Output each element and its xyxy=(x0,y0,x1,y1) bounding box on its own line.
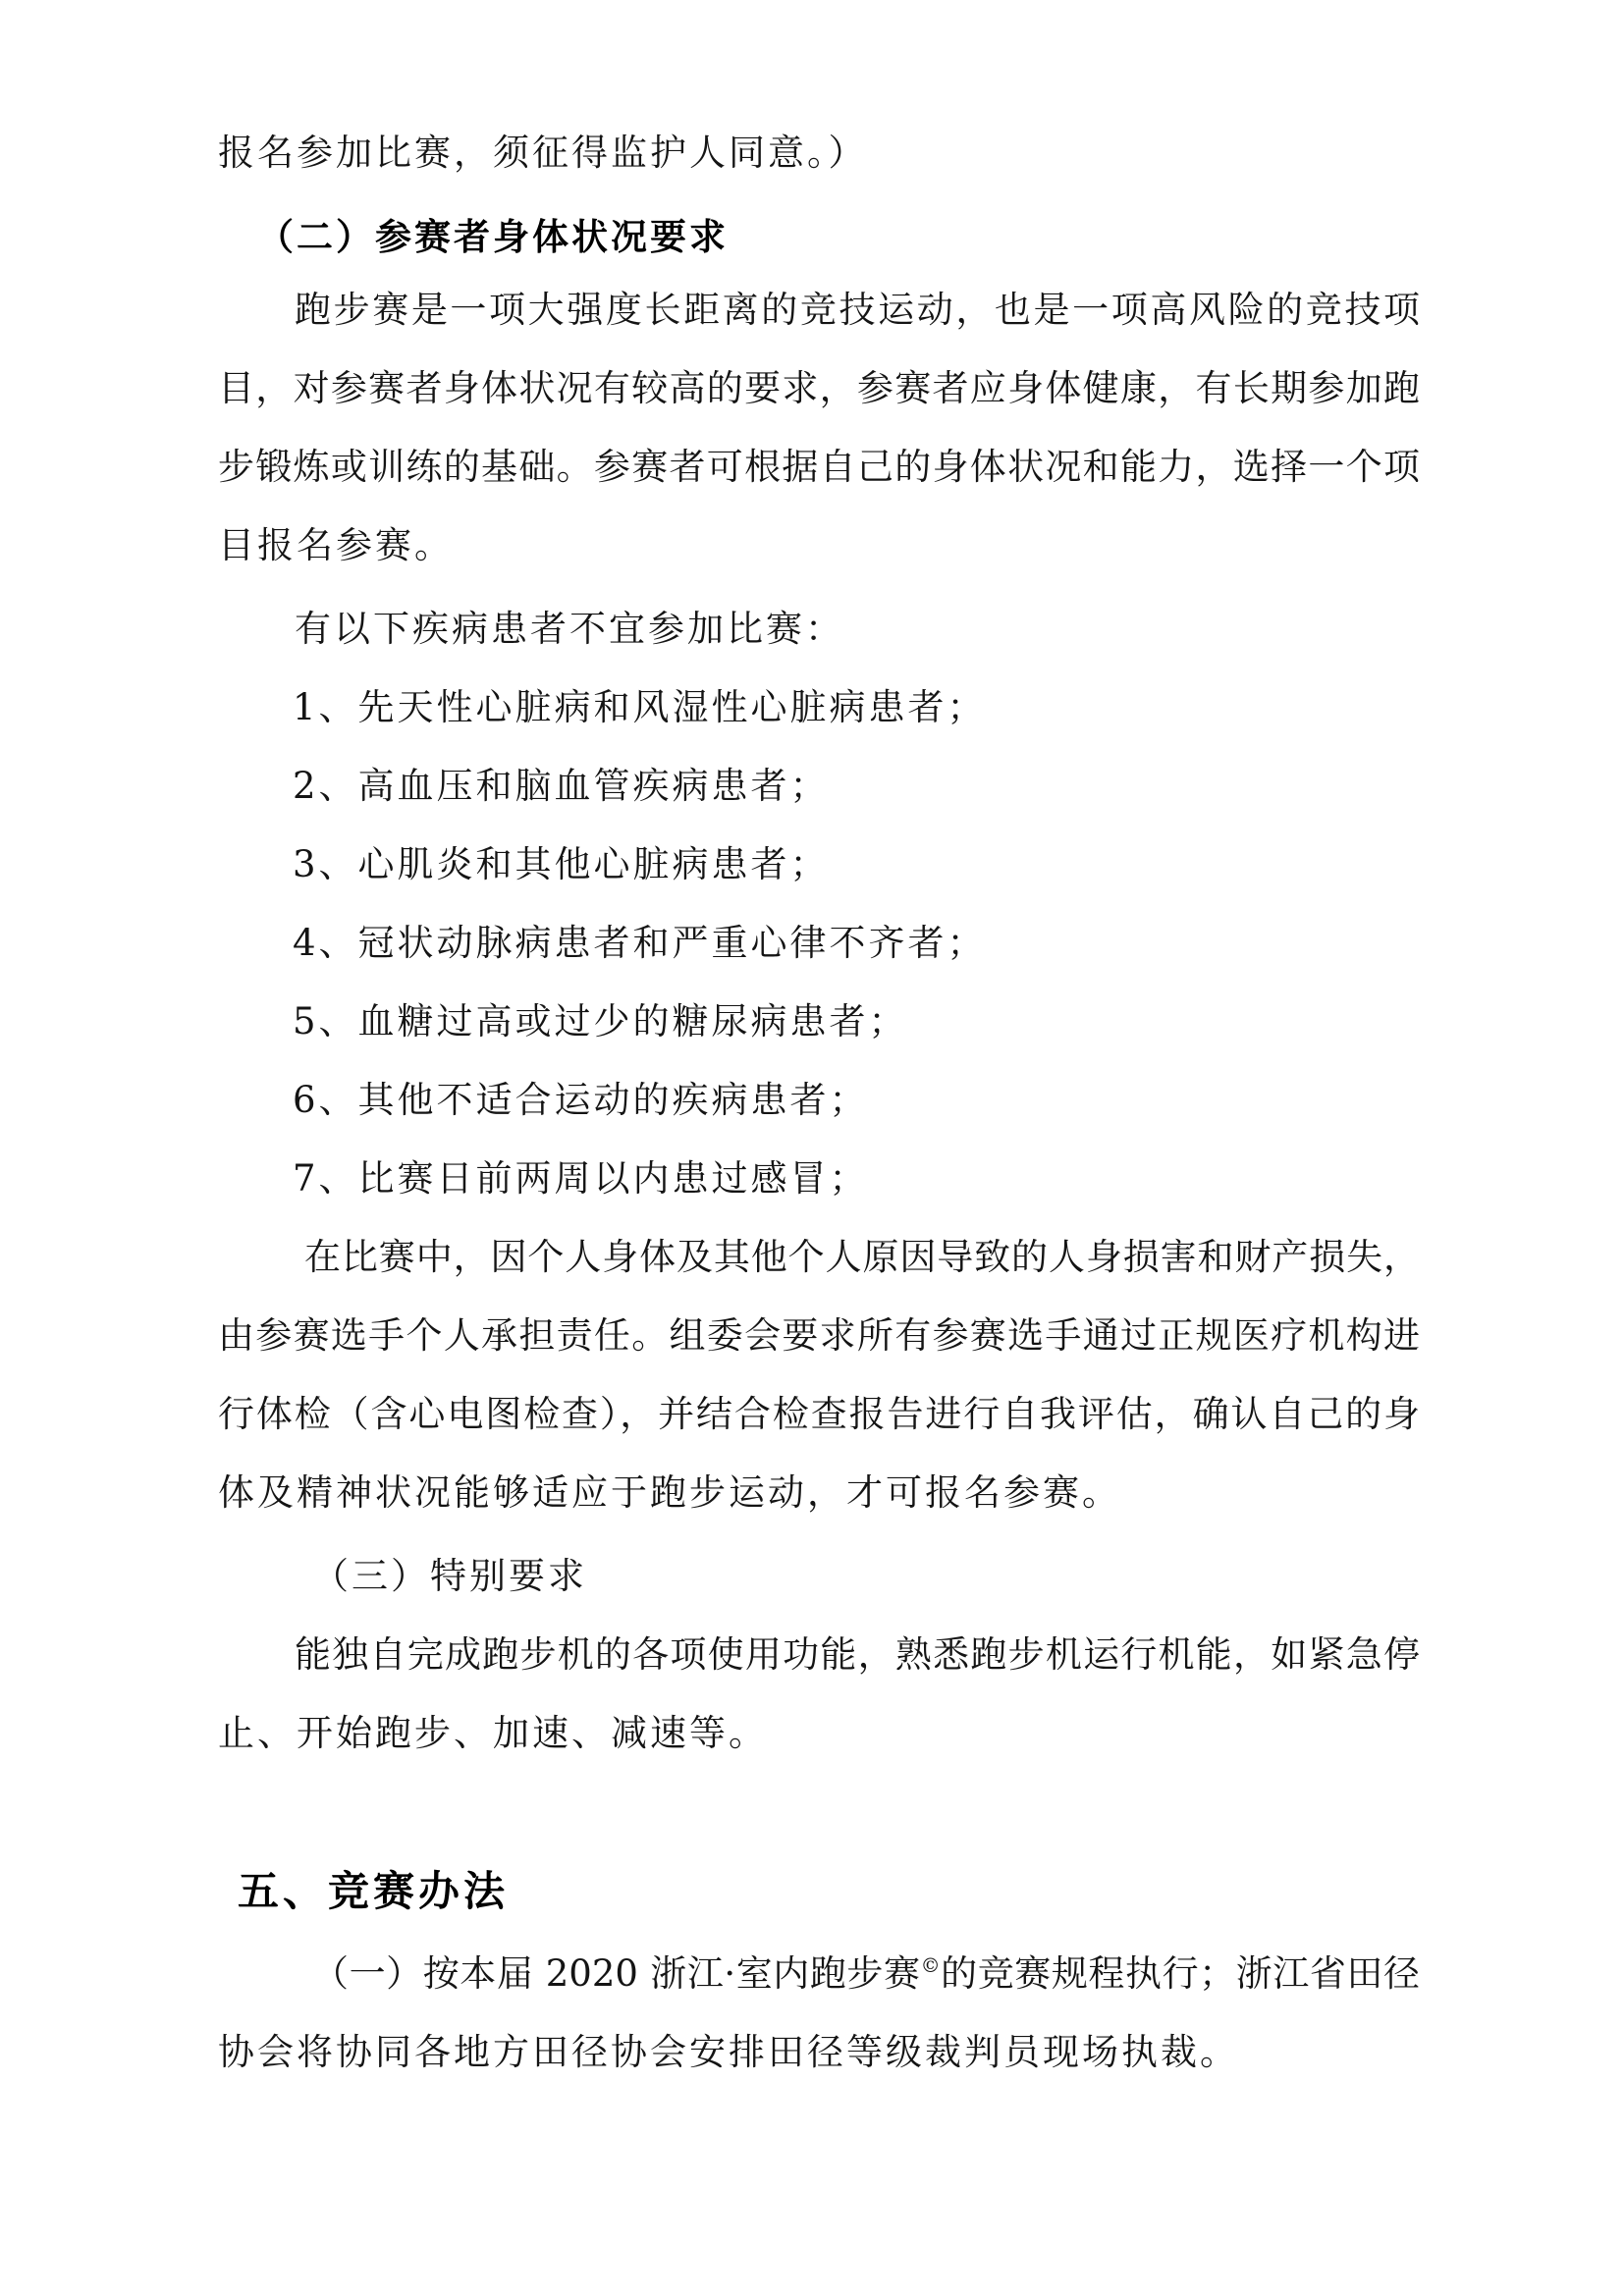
list-item: 5、血糖过高或过少的糖尿病患者； xyxy=(293,1000,908,1043)
paragraph-1-line: 跑步赛是一项大强度长距离的竞技运动，也是一项高风险的竞技项 xyxy=(295,289,1420,332)
list-item: 2、高血压和脑血管疾病患者； xyxy=(293,765,830,808)
section-3-paragraph-line: 止、开始跑步、加速、减速等。 xyxy=(218,1712,768,1755)
copyright-mark: © xyxy=(921,1953,941,1977)
paragraph-1-line: 步锻炼或训练的基础。参赛者可根据自己的身体状况和能力，选择一个项 xyxy=(218,446,1420,489)
paragraph-2-line: 行体检（含心电图检查），并结合检查报告进行自我评估，确认自己的身 xyxy=(218,1393,1420,1436)
paragraph-1-line: 目，对参赛者身体状况有较高的要求，参赛者应身体健康，有长期参加跑 xyxy=(218,367,1420,410)
continuation-line: 报名参加比赛，须征得监护人同意。） xyxy=(218,132,868,175)
section-3-heading: （三）特别要求 xyxy=(312,1555,587,1598)
list-item: 1、先天性心脏病和风湿性心脏病患者； xyxy=(293,686,987,729)
list-item: 6、其他不适合运动的疾病患者； xyxy=(293,1079,869,1122)
section-2-heading: （二）参赛者身体状况要求 xyxy=(257,215,729,258)
paragraph-2-line: 在比赛中，因个人身体及其他个人原因导致的人身损害和财产损失， xyxy=(304,1236,1420,1279)
list-item: 3、心肌炎和其他心脏病患者； xyxy=(293,843,830,886)
list-item: 7、比赛日前两周以内患过感冒； xyxy=(293,1157,869,1201)
paragraph-1-line: 目报名参赛。 xyxy=(218,524,454,567)
section-3-paragraph-line: 能独自完成跑步机的各项使用功能，熟悉跑步机运行机能，如紧急停 xyxy=(295,1633,1420,1677)
item-1-text-before-mark: （一）按本届 2020 浙江·室内跑步赛 xyxy=(312,1952,921,1995)
item-1-text-after-mark: 的竞赛规程执行；浙江省田径 xyxy=(941,1952,1420,1995)
chapter-5-heading: 五、竞赛办法 xyxy=(238,1867,509,1916)
paragraph-2-line: 体及精神状况能够适应于跑步运动，才可报名参赛。 xyxy=(218,1471,1121,1515)
list-item: 4、冠状动脉病患者和严重心律不齐者； xyxy=(293,922,987,965)
paragraph-2-line: 由参赛选手个人承担责任。组委会要求所有参赛选手通过正规医疗机构进 xyxy=(218,1314,1420,1358)
document-page: 报名参加比赛，须征得监护人同意。） （二）参赛者身体状况要求 跑步赛是一项大强度… xyxy=(0,0,1624,2296)
chapter-5-item-1-line: 协会将协同各地方田径协会安排田径等级裁判员现场执裁。 xyxy=(218,2031,1239,2074)
list-intro: 有以下疾病患者不宜参加比赛： xyxy=(295,608,844,651)
chapter-5-item-1-line: （一）按本届 2020 浙江·室内跑步赛©的竞赛规程执行；浙江省田径 xyxy=(312,1952,1420,1996)
